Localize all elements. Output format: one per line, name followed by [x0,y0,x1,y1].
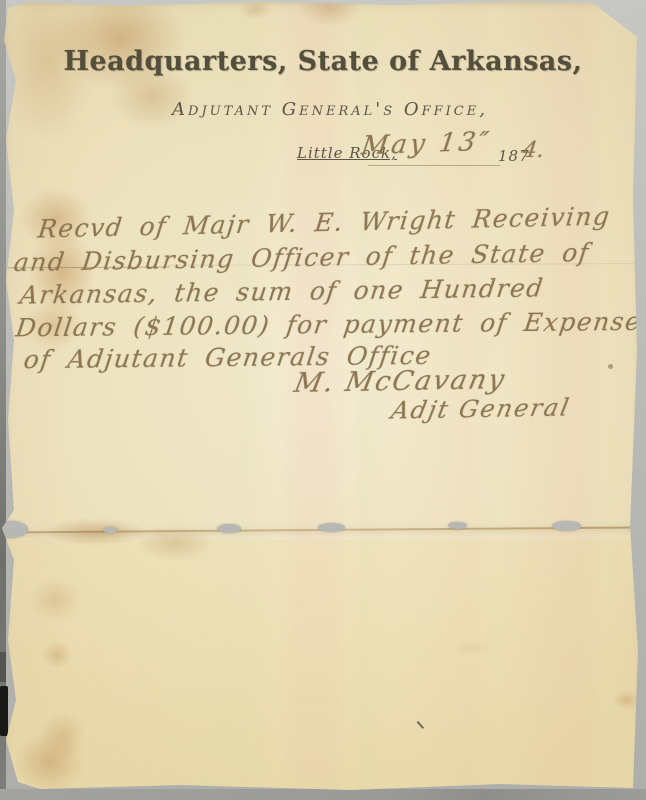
scanner-edge-mark [0,652,6,682]
body-line: and Disbursing Officer of the State of [12,238,591,277]
body-line: Dollars ($100.00) for payment of Expense… [14,307,646,343]
scanned-document: Headquarters, State of Arkansas, Adjutan… [0,0,646,800]
pen-mark [608,364,613,369]
scanner-edge-mark [0,686,8,736]
body-line: Arkansas, the sum of one Hundred [18,273,546,309]
letterhead-office-line: Adjutant General's Office, [0,99,646,120]
tear-hole [448,522,467,529]
signature: M. McCavany [292,364,509,399]
pen-mark [417,721,424,729]
tear-hole [103,527,118,533]
tear-hole [318,523,345,532]
letterhead-title: Headquarters, State of Arkansas, [0,46,646,77]
tear-hole [217,524,241,533]
signature-title: Adjt General [389,393,573,424]
tear-hole [633,520,646,528]
paper-bottom-shadow [0,789,646,800]
handwritten-year-digit: 4. [521,138,546,163]
date-blank-rule [368,165,500,166]
tear-hole [552,521,581,531]
pinhole-mark [615,12,619,16]
body-line: Recvd of Majr W. E. Wright Receiving [36,201,612,243]
handwritten-date: May 13″ [360,127,494,161]
paper-sheet: Headquarters, State of Arkansas, Adjutan… [0,0,646,800]
aging-discoloration [0,540,646,800]
